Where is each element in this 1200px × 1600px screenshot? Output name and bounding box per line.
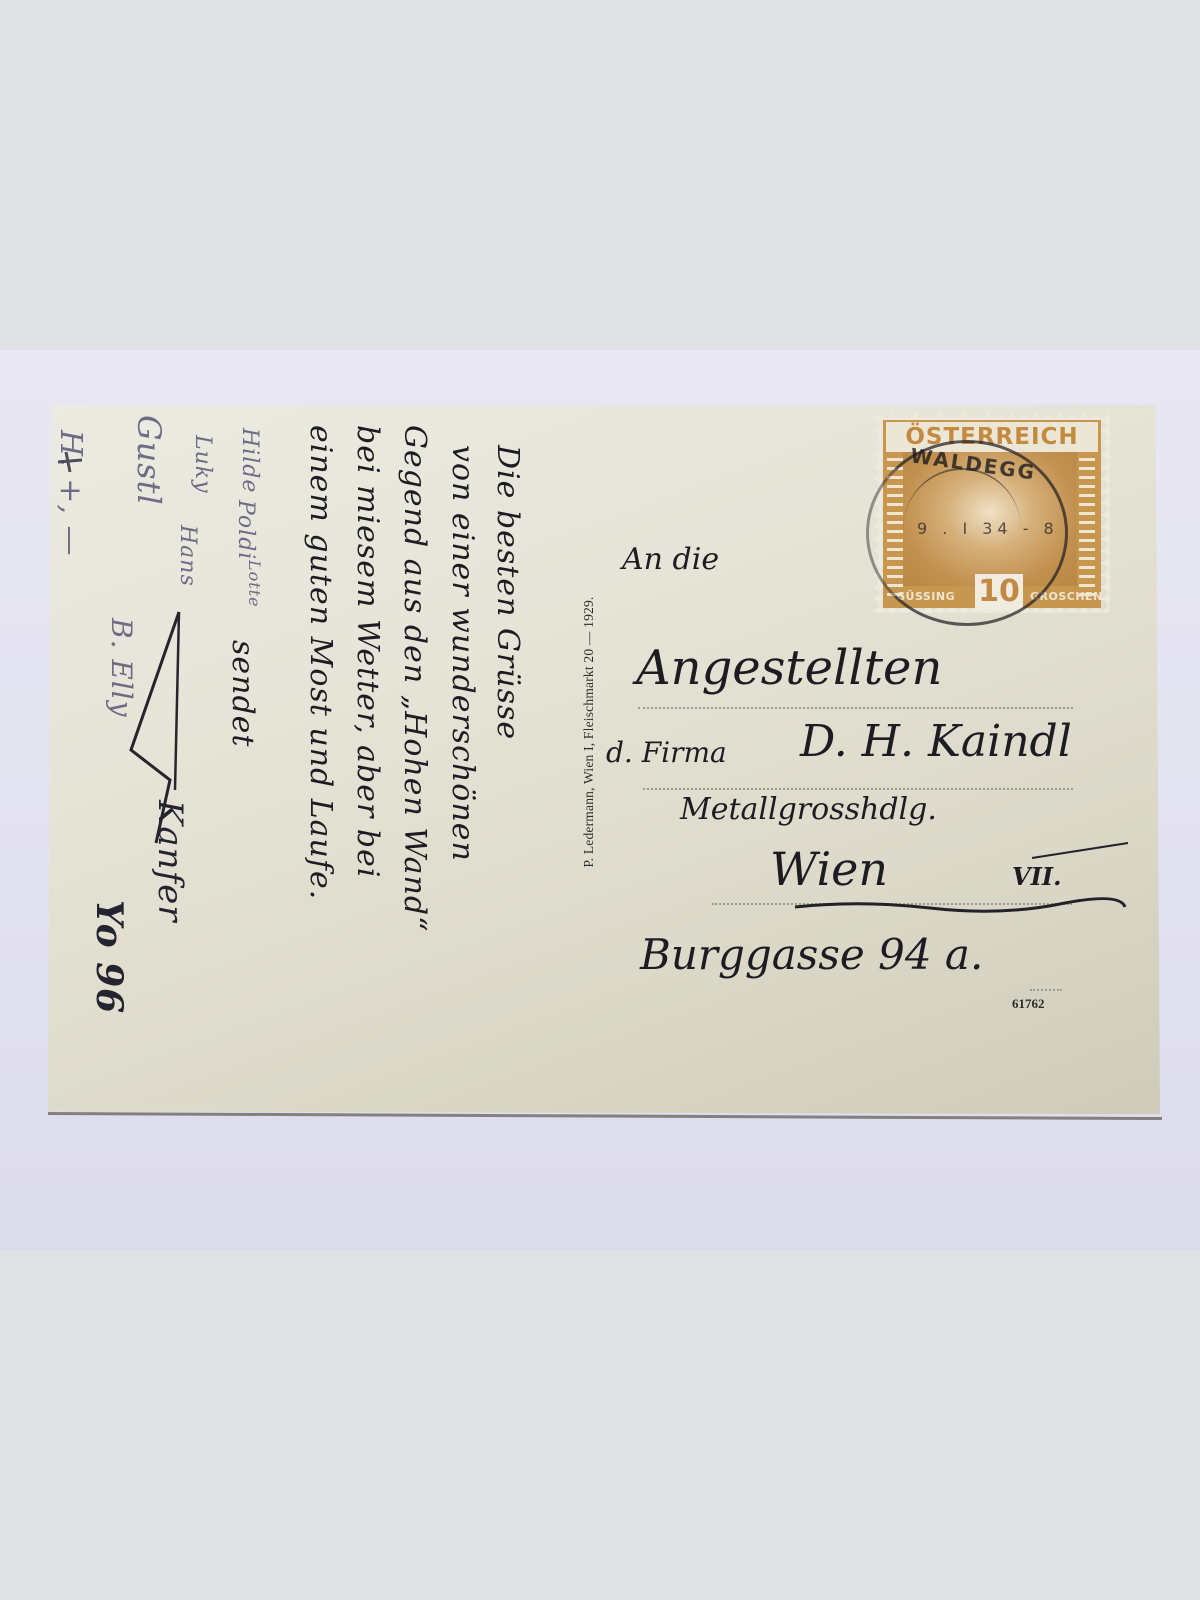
ink-flourishes (0, 0, 1200, 1600)
city-underline (795, 899, 1125, 912)
triangle-flourish (131, 612, 179, 843)
